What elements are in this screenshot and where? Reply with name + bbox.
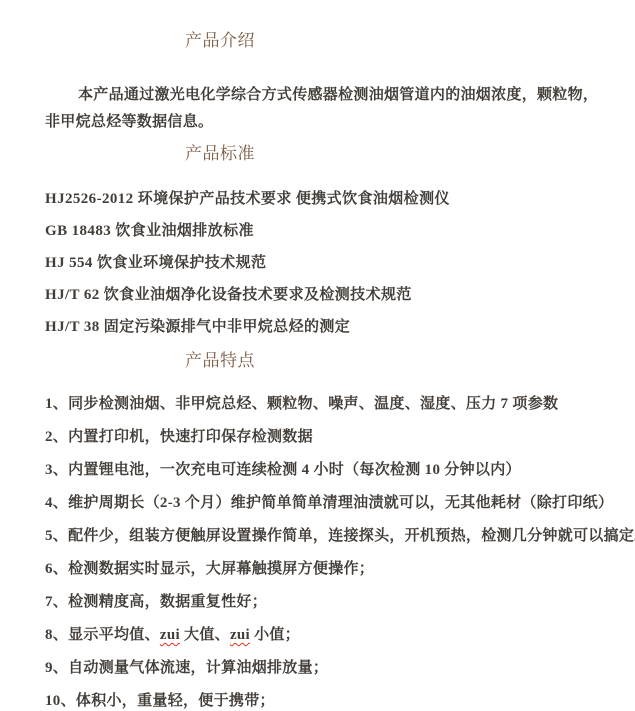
feature-item: 4、维护周期长（2-3 个月）维护简单简单清理油渍就可以，无其他耗材（除打印纸） — [45, 495, 635, 512]
standard-item: GB 18483 饮食业油烟排放标准 — [45, 223, 635, 240]
standard-item: HJ/T 38 固定污染源排气中非甲烷总烃的测定 — [45, 319, 635, 336]
spellcheck-underline: zui — [160, 627, 180, 643]
feature-item: 3、内置锂电池，一次充电可连续检测 4 小时（每次检测 10 分钟以内） — [45, 462, 635, 479]
spellcheck-underline: zui — [230, 627, 250, 643]
features-heading: 产品特点 — [185, 351, 635, 371]
standard-item: HJ/T 62 饮食业油烟净化设备技术要求及检测技术规范 — [45, 287, 635, 304]
feature-item: 10、体积小，重量轻，便于携带； — [45, 693, 635, 710]
feature-item: 9、自动测量气体流速，计算油烟排放量； — [45, 660, 635, 677]
intro-heading: 产品介绍 — [185, 31, 635, 51]
feature-item: 1、同步检测油烟、非甲烷总烃、颗粒物、噪声、温度、湿度、压力 7 项参数 — [45, 396, 635, 413]
feature-item: 2、内置打印机，快速打印保存检测数据 — [45, 429, 635, 446]
standard-item: HJ2526-2012 环境保护产品技术要求 便携式饮食油烟检测仪 — [45, 191, 635, 208]
standards-list: HJ2526-2012 环境保护产品技术要求 便携式饮食油烟检测仪 GB 184… — [45, 191, 635, 336]
standard-item: HJ 554 饮食业环境保护技术规范 — [45, 255, 635, 272]
feature-item: 8、显示平均值、zui 大值、zui 小值； — [45, 627, 635, 644]
feature-item: 6、检测数据实时显示，大屏幕触摸屏方便操作； — [45, 561, 635, 578]
product-description-page: 产品介绍 本产品通过激光电化学综合方式传感器检测油烟管道内的油烟浓度，颗粒物，非… — [0, 0, 635, 711]
features-list: 1、同步检测油烟、非甲烷总烃、颗粒物、噪声、温度、湿度、压力 7 项参数 2、内… — [45, 396, 635, 710]
standards-heading: 产品标准 — [185, 144, 635, 164]
feature-item: 5、配件少，组装方便触屏设置操作简单，连接探头，开机预热，检测几分钟就可以搞定。 — [45, 528, 635, 545]
intro-paragraph: 本产品通过激光电化学综合方式传感器检测油烟管道内的油烟浓度，颗粒物，非甲烷总烃等… — [45, 82, 603, 136]
feature-item: 7、检测精度高，数据重复性好； — [45, 594, 635, 611]
